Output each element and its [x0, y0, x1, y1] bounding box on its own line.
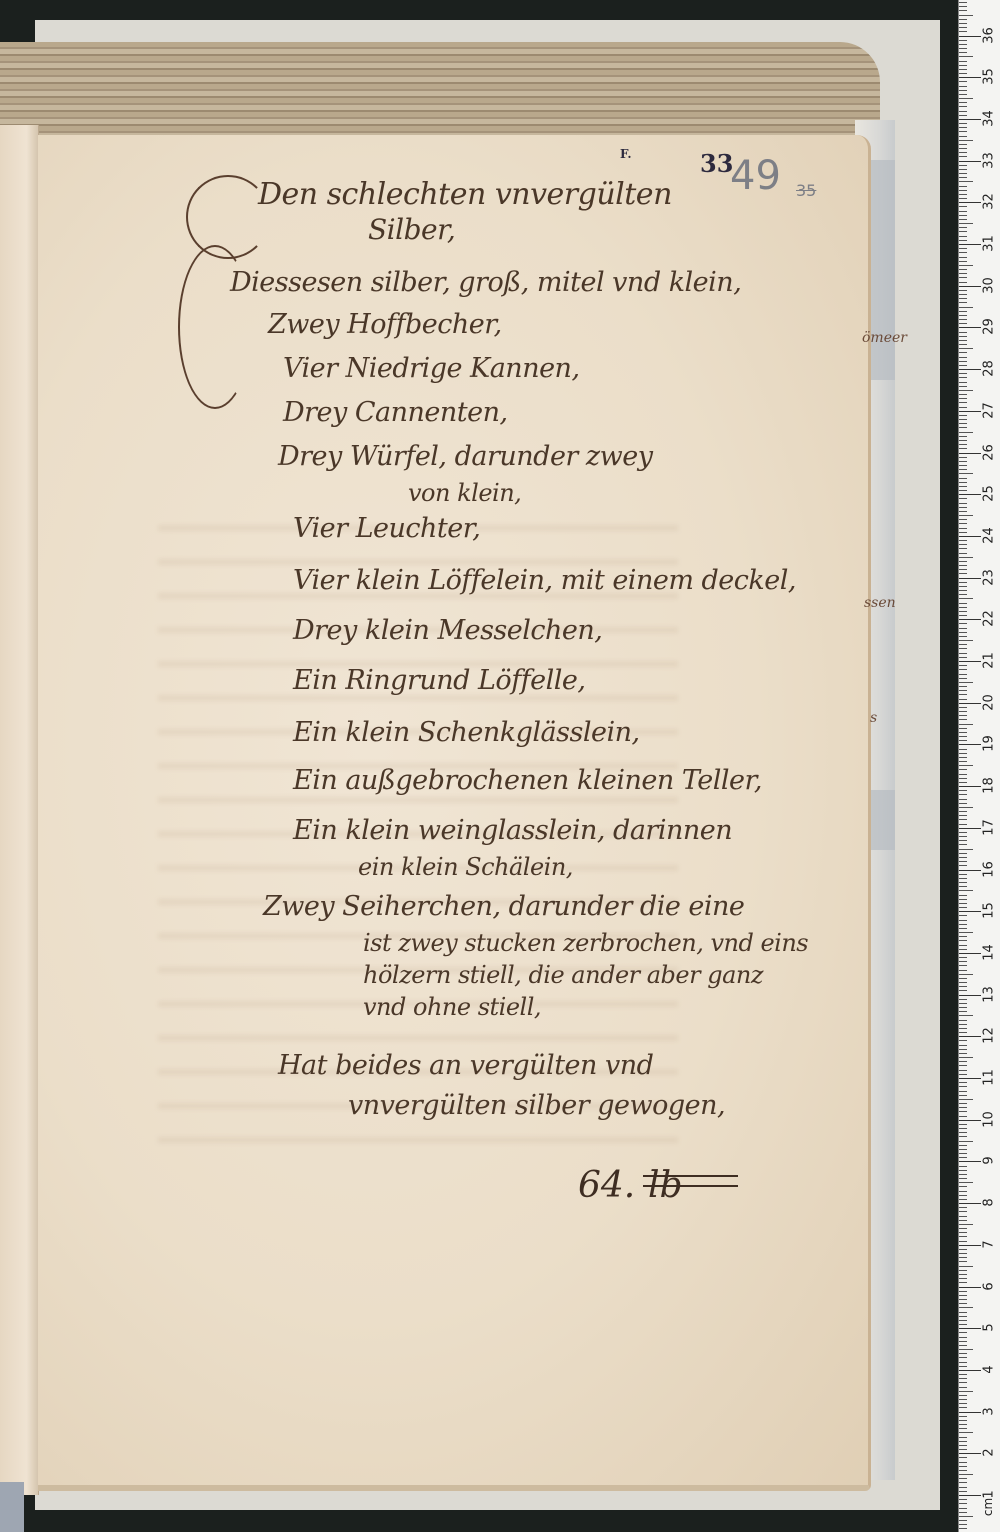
ruler-tick: [959, 2, 967, 3]
ruler-tick: [959, 1382, 967, 1383]
ruler-tick: [959, 1478, 967, 1479]
ruler-tick: [959, 357, 967, 358]
ruler-tick: [959, 94, 967, 95]
ruler-tick: [959, 1495, 981, 1496]
ruler-tick: [959, 1420, 967, 1421]
ruler-tick: [959, 290, 967, 291]
ruler-tick: [959, 1099, 973, 1100]
ruler-tick: [959, 653, 967, 654]
ruler-tick: [959, 436, 967, 437]
ruler-tick: [959, 215, 967, 216]
pencil-folio-number: 49: [730, 153, 781, 199]
ruler-tick: [959, 532, 967, 533]
ruler-tick: [959, 1028, 967, 1029]
ruler-tick: [959, 878, 967, 879]
ruler-tick: [959, 857, 967, 858]
ruler-tick: [959, 40, 967, 41]
ruler-tick: [959, 598, 973, 599]
ruler-label: 25: [982, 482, 997, 506]
ruler-tick: [959, 786, 981, 787]
ruler-tick: [959, 1403, 967, 1404]
ruler-tick: [959, 1082, 967, 1083]
ruler-tick: [959, 674, 967, 675]
margin-fragment: s: [870, 710, 877, 726]
ruler-tick: [959, 886, 967, 887]
ruler-tick: [959, 473, 973, 474]
ruler-tick: [959, 536, 981, 537]
ruler-tick: [959, 907, 967, 908]
ruler-tick: [959, 936, 967, 937]
ruler-tick: [959, 323, 967, 324]
strike-line: [643, 1175, 738, 1177]
ruler-tick: [959, 202, 981, 203]
entry-line: Ein klein Schenkglässlein,: [293, 717, 640, 748]
ruler-tick: [959, 548, 967, 549]
ruler-tick: [959, 302, 967, 303]
ruler-tick: [959, 244, 981, 245]
ruler-tick: [959, 523, 967, 524]
ruler-tick: [959, 920, 967, 921]
ruler-tick: [959, 1149, 967, 1150]
ruler-label: 1: [982, 1483, 997, 1507]
ruler-tick: [959, 544, 967, 545]
ruler-tick: [959, 1053, 967, 1054]
ruler-tick: [959, 765, 973, 766]
ruler-tick: [959, 778, 967, 779]
ruler-label: 31: [982, 232, 997, 256]
folio-stamp-mark: F.: [620, 147, 632, 161]
entry-line: Drey klein Messelchen,: [293, 615, 602, 646]
ruler-label: 33: [982, 148, 997, 172]
entry-line: Vier Niedrige Kannen,: [283, 353, 580, 384]
ruler-tick: [959, 127, 967, 128]
ruler-tick: [959, 386, 967, 387]
ruler-tick: [959, 678, 967, 679]
ruler-tick: [959, 382, 967, 383]
ruler-tick: [959, 807, 973, 808]
ruler-label: 13: [982, 982, 997, 1006]
ruler-tick: [959, 899, 967, 900]
ruler-tick: [959, 69, 967, 70]
ruler-tick: [959, 619, 981, 620]
ruler-tick: [959, 849, 973, 850]
ruler-label: 24: [982, 523, 997, 547]
ruler-tick: [959, 498, 967, 499]
heading-line: Silber,: [368, 213, 455, 246]
ruler-tick: [959, 1274, 967, 1275]
ruler-tick: [959, 419, 967, 420]
ruler-tick: [959, 586, 967, 587]
ruler-tick: [959, 206, 967, 207]
ruler-tick: [959, 1391, 973, 1392]
ruler-tick: [959, 1015, 973, 1016]
ruler-tick: [959, 15, 973, 16]
ruler-tick: [959, 98, 973, 99]
closing-line: vnvergülten silber gewogen,: [348, 1090, 725, 1121]
ruler-tick: [959, 1332, 967, 1333]
ruler-tick: [959, 1366, 967, 1367]
ruler-tick: [959, 315, 967, 316]
ruler-tick: [959, 519, 967, 520]
ruler-tick: [959, 257, 967, 258]
ruler-tick: [959, 1270, 967, 1271]
ruler-label: 35: [982, 65, 997, 89]
ruler-tick: [959, 1449, 967, 1450]
ruler-tick: [959, 1211, 967, 1212]
ruler-tick: [959, 1266, 973, 1267]
ruler-label: 27: [982, 398, 997, 422]
ruler-tick: [959, 1199, 967, 1200]
ruler-tick: [959, 1487, 967, 1488]
entry-line: Zwey Seiherchen, darunder die eine: [263, 891, 744, 922]
ruler-tick: [959, 615, 967, 616]
ruler-label: 17: [982, 815, 997, 839]
ruler-tick: [959, 711, 967, 712]
ruler-tick: [959, 1045, 967, 1046]
ruler-tick: [959, 73, 967, 74]
ruler-tick: [959, 640, 973, 641]
ruler-tick: [959, 415, 967, 416]
ruler-tick: [959, 1345, 967, 1346]
ruler-label: 22: [982, 607, 997, 631]
ruler-tick: [959, 1116, 967, 1117]
ruler-tick: [959, 294, 967, 295]
ruler-tick: [959, 1145, 967, 1146]
ruler-tick: [959, 840, 967, 841]
ruler-tick: [959, 932, 973, 933]
ruler-tick: [959, 6, 967, 7]
ruler-tick: [959, 1508, 967, 1509]
ruler-tick: [959, 340, 967, 341]
entry-line: Zwey Hoffbecher,: [268, 309, 502, 340]
ruler-tick: [959, 1120, 981, 1121]
ruler-tick: [959, 1220, 967, 1221]
ruler-tick: [959, 553, 967, 554]
ruler-tick: [959, 61, 967, 62]
ruler-tick: [959, 686, 967, 687]
ruler-tick: [959, 131, 967, 132]
ruler-tick: [959, 719, 967, 720]
ruler-tick: [959, 348, 973, 349]
ruler-tick: [959, 1474, 973, 1475]
ruler-tick: [959, 115, 967, 116]
ruler-tick: [959, 31, 967, 32]
ruler-tick: [959, 1320, 967, 1321]
ruler-tick: [959, 632, 967, 633]
ruler-label: 12: [982, 1024, 997, 1048]
ruler-tick: [959, 311, 967, 312]
ruler-tick: [959, 1216, 967, 1217]
ruler-tick: [959, 699, 967, 700]
ruler-tick: [959, 1316, 967, 1317]
ruler-tick: [959, 828, 981, 829]
ruler-tick: [959, 1399, 967, 1400]
ruler-tick: [959, 298, 967, 299]
ruler-tick: [959, 198, 967, 199]
ruler-tick: [959, 744, 981, 745]
ruler-tick: [959, 819, 967, 820]
ruler-tick: [959, 398, 967, 399]
ruler-tick: [959, 982, 967, 983]
ruler-tick: [959, 402, 967, 403]
ruler-tick: [959, 1470, 967, 1471]
ruler-tick: [959, 1207, 967, 1208]
ruler-label: 3: [982, 1399, 997, 1423]
ruler-tick: [959, 1437, 967, 1438]
ruler-tick: [959, 19, 967, 20]
ruler-tick: [959, 136, 967, 137]
folio-stamp-number: 33: [700, 149, 733, 178]
ruler-tick: [959, 707, 967, 708]
ruler-tick: [959, 895, 967, 896]
ruler-label: 30: [982, 273, 997, 297]
ruler-tick: [959, 1349, 973, 1350]
ruler-tick: [959, 1491, 967, 1492]
ruler-tick: [959, 1078, 981, 1079]
ruler-tick: [959, 457, 967, 458]
ruler-tick: [959, 223, 973, 224]
ruler-tick: [959, 227, 967, 228]
ruler-tick: [959, 573, 967, 574]
ruler-tick: [959, 119, 981, 120]
ruler-tick: [959, 56, 973, 57]
ruler-tick: [959, 1466, 967, 1467]
ruler-tick: [959, 1524, 967, 1525]
ruler-tick: [959, 794, 967, 795]
ruler-tick: [959, 970, 967, 971]
ruler-tick: [959, 156, 967, 157]
ruler-tick: [959, 152, 967, 153]
ruler-tick: [959, 1499, 967, 1500]
ruler-tick: [959, 761, 967, 762]
ruler-tick: [959, 1128, 967, 1129]
ruler-tick: [959, 65, 967, 66]
margin-fragment: ömeer: [862, 330, 907, 346]
ruler-tick: [959, 332, 967, 333]
ruler-label: 7: [982, 1232, 997, 1256]
ruler-tick: [959, 1428, 967, 1429]
ruler-tick: [959, 478, 967, 479]
ruler-tick: [959, 774, 967, 775]
entry-line: hölzern stiell, die ander aber ganz: [363, 961, 763, 989]
ruler-tick: [959, 1065, 967, 1066]
ruler-tick: [959, 1287, 981, 1288]
ruler-tick: [959, 273, 967, 274]
ruler-tick: [959, 1282, 967, 1283]
ruler-label: 34: [982, 106, 997, 130]
ruler-tick: [959, 1182, 973, 1183]
ruler-tick: [959, 540, 967, 541]
ruler-tick: [959, 186, 967, 187]
ruler-tick: [959, 565, 967, 566]
ruler-tick: [959, 252, 967, 253]
ruler-tick: [959, 1178, 967, 1179]
ruler-tick: [959, 940, 967, 941]
ruler-tick: [959, 307, 973, 308]
ruler-tick: [959, 394, 967, 395]
ruler-tick: [959, 102, 967, 103]
ruler-tick: [959, 590, 967, 591]
ruler-label: 15: [982, 899, 997, 923]
ruler-tick: [959, 561, 967, 562]
ruler-tick: [959, 482, 967, 483]
ruler-tick: [959, 1061, 967, 1062]
ruler-tick: [959, 1228, 967, 1229]
entry-line: ist zwey stucken zerbrochen, vnd eins: [363, 929, 808, 957]
ruler-tick: [959, 165, 967, 166]
ruler-tick: [959, 1070, 967, 1071]
ruler-tick: [959, 1153, 967, 1154]
ruler-tick: [959, 924, 967, 925]
ruler-tick: [959, 336, 967, 337]
ruler-tick: [959, 865, 967, 866]
ruler-tick: [959, 757, 967, 758]
ruler-tick: [959, 1337, 967, 1338]
ruler-tick: [959, 665, 967, 666]
ruler-tick: [959, 790, 967, 791]
ruler-tick: [959, 623, 967, 624]
ruler-tick: [959, 844, 967, 845]
ruler-tick: [959, 953, 981, 954]
ruler-tick: [959, 1049, 967, 1050]
ruler-tick: [959, 1191, 967, 1192]
ruler-tick: [959, 1416, 967, 1417]
ruler-tick: [959, 444, 967, 445]
entry-line: Drey Cannenten,: [283, 397, 508, 428]
ruler-tick: [959, 511, 967, 512]
ruler-tick: [959, 1032, 967, 1033]
ruler-tick: [959, 90, 967, 91]
ruler-tick: [959, 1003, 967, 1004]
ruler-tick: [959, 486, 967, 487]
ruler-tick: [959, 782, 967, 783]
ruler-tick: [959, 507, 967, 508]
ruler-tick: [959, 1353, 967, 1354]
ruler-tick: [959, 248, 967, 249]
ruler-tick: [959, 440, 967, 441]
ruler-tick: [959, 1378, 967, 1379]
ruler-tick: [959, 690, 967, 691]
ruler-tick: [959, 578, 981, 579]
ruler-tick: [959, 724, 973, 725]
cm-ruler: cm 1234567891011121314151617181920212223…: [958, 0, 1000, 1532]
ruler-tick: [959, 1307, 973, 1308]
closing-line: Hat beides an vergülten vnd: [278, 1050, 653, 1081]
ruler-tick: [959, 1253, 967, 1254]
ruler-label: 16: [982, 857, 997, 881]
ruler-tick: [959, 1136, 967, 1137]
ruler-tick: [959, 1512, 967, 1513]
entry-line: Ein außgebrochenen kleinen Teller,: [293, 765, 762, 796]
ruler-tick: [959, 915, 967, 916]
ruler-label: 4: [982, 1357, 997, 1381]
ruler-tick: [959, 1299, 967, 1300]
ruler-tick: [959, 582, 967, 583]
ruler-tick: [959, 961, 967, 962]
entry-line: Drey Würfel, darunder zwey: [278, 441, 652, 472]
ruler-tick: [959, 1362, 967, 1363]
ruler-tick: [959, 327, 981, 328]
ruler-tick: [959, 703, 981, 704]
ruler-tick: [959, 1278, 967, 1279]
ruler-tick: [959, 140, 973, 141]
ruler-label: 2: [982, 1441, 997, 1465]
ruler-tick: [959, 453, 981, 454]
ruler-tick: [959, 1111, 967, 1112]
ruler-tick: [959, 1170, 967, 1171]
ruler-tick: [959, 52, 967, 53]
ruler-tick: [959, 1232, 967, 1233]
margin-fragment: ssen: [864, 595, 896, 611]
ruler-tick: [959, 86, 967, 87]
ruler-label: 26: [982, 440, 997, 464]
ruler-tick: [959, 990, 967, 991]
ruler-tick: [959, 1195, 967, 1196]
ruler-tick: [959, 1324, 967, 1325]
ruler-tick: [959, 461, 967, 462]
ruler-tick: [959, 261, 967, 262]
ruler-tick: [959, 240, 967, 241]
ruler-tick: [959, 173, 967, 174]
ruler-tick: [959, 1528, 967, 1529]
ruler-tick: [959, 1103, 967, 1104]
ruler-label: 5: [982, 1316, 997, 1340]
ruler-tick: [959, 1241, 967, 1242]
ruler-tick: [959, 903, 967, 904]
ruler-tick: [959, 1395, 967, 1396]
ruler-tick: [959, 427, 967, 428]
entry-line: Vier Leuchter,: [293, 513, 480, 544]
ruler-tick: [959, 469, 967, 470]
ruler-tick: [959, 344, 967, 345]
ruler-tick: [959, 1503, 967, 1504]
ruler-tick: [959, 81, 967, 82]
ruler-tick: [959, 390, 973, 391]
ruler-tick: [959, 728, 967, 729]
ruler-tick: [959, 995, 981, 996]
ruler-tick: [959, 1132, 967, 1133]
ruler-label: 14: [982, 940, 997, 964]
ruler-tick: [959, 628, 967, 629]
ruler-tick: [959, 1141, 973, 1142]
ruler-tick: [959, 490, 967, 491]
ruler-tick: [959, 1370, 981, 1371]
ruler-tick: [959, 1412, 981, 1413]
ruler-tick: [959, 319, 967, 320]
ruler-tick: [959, 423, 967, 424]
ruler-tick: [959, 106, 967, 107]
ruler-tick: [959, 1387, 967, 1388]
ruler-tick: [959, 1445, 967, 1446]
ruler-tick: [959, 815, 967, 816]
ruler-tick: [959, 1057, 973, 1058]
ruler-tick: [959, 1107, 967, 1108]
ruler-tick: [959, 1011, 967, 1012]
ruler-label: 8: [982, 1191, 997, 1215]
entry-line: Ein klein weinglasslein, darinnen: [293, 815, 732, 846]
ruler-tick: [959, 1249, 967, 1250]
ruler-tick: [959, 211, 967, 212]
ruler-tick: [959, 1482, 967, 1483]
ruler-tick: [959, 361, 967, 362]
ruler-tick: [959, 528, 967, 529]
ruler-tick: [959, 369, 981, 370]
ruler-label: 18: [982, 774, 997, 798]
ruler-tick: [959, 36, 981, 37]
ruler-tick: [959, 1312, 967, 1313]
ruler-tick: [959, 870, 981, 871]
ruler-tick: [959, 657, 967, 658]
